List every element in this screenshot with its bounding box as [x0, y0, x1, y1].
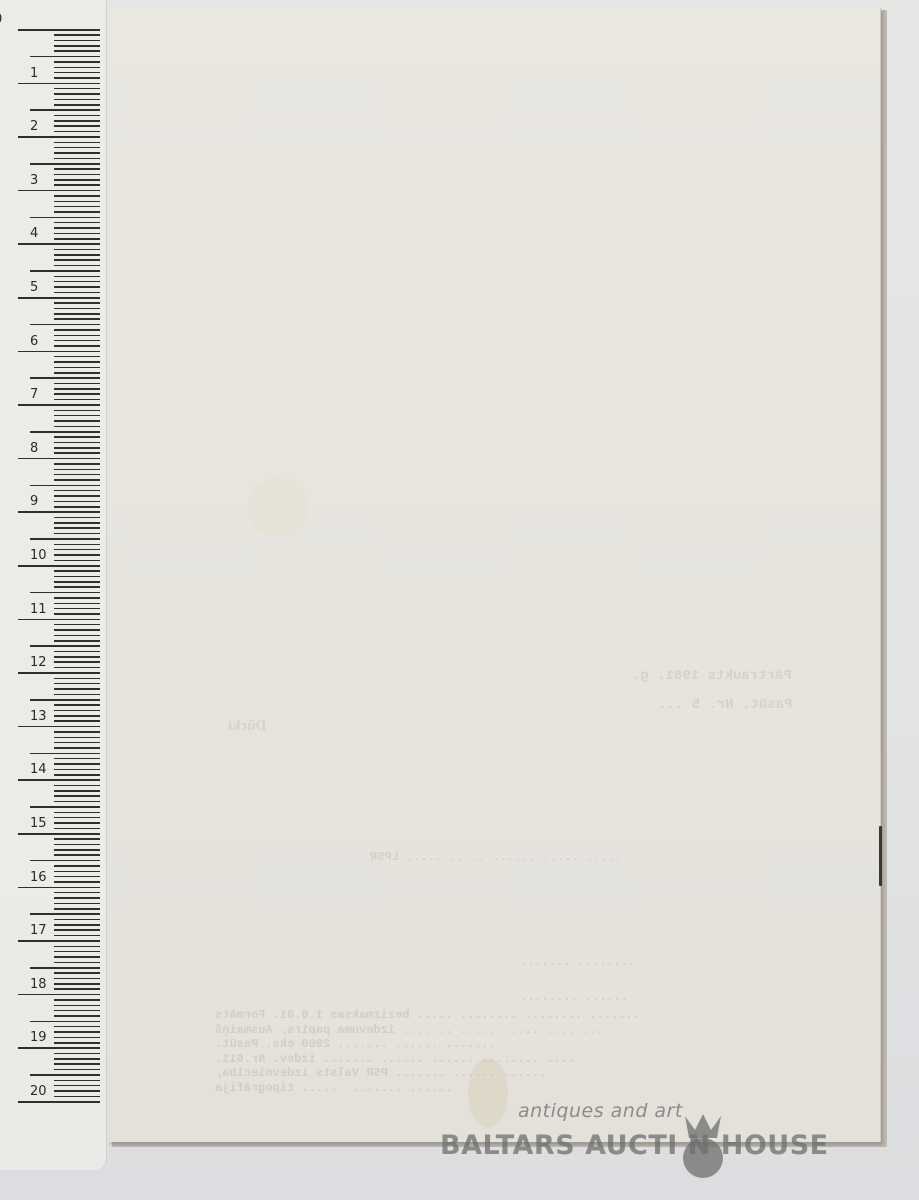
ruler-tick — [54, 356, 100, 358]
ruler-tick — [54, 608, 100, 610]
show-through-text-line: Pārtraukts 1981. g. — [632, 668, 792, 684]
ruler-tick — [54, 302, 100, 304]
ruler-tick — [54, 924, 100, 926]
ruler-tick — [54, 254, 100, 256]
ruler-tick — [54, 479, 100, 481]
ruler-tick — [54, 919, 100, 921]
ruler-tick — [54, 822, 100, 824]
ruler-tick — [54, 908, 100, 910]
ruler-tick — [54, 259, 100, 261]
auction-house-watermark: antiques and art BALTARS AUCTI N HOUSE — [440, 1100, 840, 1180]
ruler-tick — [30, 377, 100, 379]
ruler-tick — [54, 956, 100, 958]
ruler-cm-label: 17 — [30, 923, 47, 938]
ruler-tick — [54, 849, 100, 851]
ruler-tick — [54, 436, 100, 438]
ruler-tick — [54, 715, 100, 717]
ruler-tick — [54, 763, 100, 765]
ruler-tick — [30, 485, 100, 487]
ruler-tick — [54, 233, 100, 235]
ruler-tick — [54, 903, 100, 905]
ruler-tick — [18, 1101, 100, 1103]
ruler-tick — [54, 817, 100, 819]
ruler-tick — [54, 828, 100, 830]
ruler-tick — [54, 115, 100, 117]
ruler-tick — [54, 742, 100, 744]
ruler-cm-label: 6 — [30, 334, 38, 349]
ruler-tick — [30, 1021, 100, 1023]
ruler-tick — [54, 93, 100, 95]
ruler-tick — [54, 876, 100, 878]
ruler-tick — [54, 758, 100, 760]
ruler-tick — [18, 511, 100, 513]
ruler-tick — [54, 179, 100, 181]
ruler-cm-label: 0 — [0, 12, 2, 27]
imprint-line: .... ........ ...... ...... ....... izde… — [215, 1052, 695, 1067]
ruler-tick — [30, 860, 100, 862]
ruler-tick — [54, 533, 100, 535]
ruler-tick — [54, 410, 100, 412]
ruler-tick — [54, 656, 100, 658]
spine-dark-mark — [879, 826, 882, 886]
ruler-tick — [54, 399, 100, 401]
ruler-tick — [54, 195, 100, 197]
show-through-text-line: Dūcki — [228, 718, 266, 735]
ruler-tick — [54, 1031, 100, 1033]
ruler-tick — [54, 801, 100, 803]
ruler-tick — [54, 335, 100, 337]
ruler-tick — [54, 222, 100, 224]
ruler-tick — [54, 393, 100, 395]
ruler-tick — [54, 72, 100, 74]
ruler-cm-label: 8 — [30, 441, 38, 456]
ruler-tick — [54, 678, 100, 680]
ruler-tick — [18, 726, 100, 728]
ruler-tick — [54, 838, 100, 840]
ruler-tick — [54, 474, 100, 476]
ruler-tick — [54, 88, 100, 90]
ruler-cm-label: 20 — [30, 1084, 47, 1099]
ruler-tick — [54, 576, 100, 578]
ruler-tick — [54, 720, 100, 722]
ruler-tick — [54, 415, 100, 417]
ruler-tick — [54, 972, 100, 974]
ruler-tick — [18, 565, 100, 567]
ruler-tick — [54, 597, 100, 599]
ruler-tick — [18, 83, 100, 85]
ruler-tick — [54, 45, 100, 47]
ruler-cm-label: 14 — [30, 762, 47, 777]
show-through-text-line: ..... ..... ...... .. .. ..... LPSR — [370, 850, 622, 864]
ruler-tick — [18, 243, 100, 245]
ruler-tick — [54, 603, 100, 605]
ruler-tick — [30, 913, 100, 915]
ruler-cm-label: 5 — [30, 280, 38, 295]
ruler-tick — [18, 297, 100, 299]
ruler-tick — [18, 1047, 100, 1049]
ruler-tick — [54, 983, 100, 985]
ruler-cm-label: 15 — [30, 816, 47, 831]
ruler-tick — [54, 1005, 100, 1007]
ruler-tick — [54, 447, 100, 449]
ruler-tick-marks: 01234567891011121314151617181920 — [0, 0, 106, 1120]
crown-logo-icon — [683, 1112, 723, 1180]
ruler-tick — [54, 1037, 100, 1039]
ruler-tick — [54, 570, 100, 572]
ruler-tick — [18, 940, 100, 942]
ruler-tick — [30, 967, 100, 969]
ruler-tick — [54, 988, 100, 990]
ruler-tick — [54, 1085, 100, 1087]
ruler-cm-label: 12 — [30, 655, 47, 670]
ruler-tick — [54, 694, 100, 696]
ruler-cm-label: 16 — [30, 870, 47, 885]
ruler-tick — [54, 1010, 100, 1012]
paper-stain — [248, 478, 308, 538]
ruler-cm-label: 2 — [30, 119, 38, 134]
show-through-text-line: ...... ........ — [520, 990, 628, 1004]
show-through-text-line: Pasūt. Nr. 5 ... — [658, 697, 792, 713]
ruler-tick — [54, 276, 100, 278]
ruler-tick — [54, 527, 100, 529]
ruler-tick — [54, 629, 100, 631]
ruler-tick — [30, 753, 100, 755]
ruler-tick — [54, 1063, 100, 1065]
ruler-tick — [30, 163, 100, 165]
ruler-tick — [18, 404, 100, 406]
watermark-brand: BALTARS AUCTI N HOUSE — [440, 1130, 829, 1161]
ruler-cm-label: 1 — [30, 66, 38, 81]
ruler-tick — [54, 99, 100, 101]
ruler-tick — [30, 538, 100, 540]
ruler-tick — [54, 1042, 100, 1044]
ruler-tick — [54, 737, 100, 739]
ruler-tick — [54, 506, 100, 508]
ruler-tick — [54, 747, 100, 749]
ruler-tick — [54, 554, 100, 556]
ruler-tick — [54, 581, 100, 583]
ruler-tick — [54, 120, 100, 122]
ruler-tick — [54, 688, 100, 690]
ruler-tick — [54, 361, 100, 363]
ruler-cm-label: 10 — [30, 548, 47, 563]
imprint-line: ....... ...... ....... 2000 eks. Pasūt. — [215, 1037, 695, 1052]
ruler-tick — [54, 683, 100, 685]
ruler-tick — [54, 265, 100, 267]
ruler-tick — [18, 619, 100, 621]
ruler-tick — [54, 383, 100, 385]
ruler-tick — [54, 329, 100, 331]
ruler-cm-label: 18 — [30, 977, 47, 992]
imprint-line: ...... ....... ..... tipogrāfija — [215, 1081, 695, 1096]
ruler-tick — [54, 345, 100, 347]
ruler-tick — [30, 431, 100, 433]
ruler-tick — [54, 844, 100, 846]
ruler-tick — [54, 661, 100, 663]
ruler-tick — [54, 865, 100, 867]
ruler-tick — [30, 270, 100, 272]
ruler-tick — [30, 592, 100, 594]
ruler-tick — [54, 978, 100, 980]
imprint-line: ...... ...... ....... PSR Valsts izdevni… — [215, 1066, 695, 1081]
show-through-text-line: ........ ....... — [520, 955, 635, 969]
ruler-tick — [54, 935, 100, 937]
ruler-tick — [54, 281, 100, 283]
ruler-tick — [18, 779, 100, 781]
ruler-tick — [54, 1058, 100, 1060]
ruler-cm-label: 7 — [30, 387, 38, 402]
ruler-tick — [54, 495, 100, 497]
ruler-tick — [54, 1080, 100, 1082]
ruler-tick — [54, 50, 100, 52]
ruler-tick — [54, 420, 100, 422]
ruler-tick — [54, 372, 100, 374]
ruler-tick — [18, 136, 100, 138]
ruler-tick — [54, 1026, 100, 1028]
ruler-tick — [54, 774, 100, 776]
ruler-tick — [18, 887, 100, 889]
ruler-tick — [30, 324, 100, 326]
ruler-tick — [54, 34, 100, 36]
ruler-tick — [54, 667, 100, 669]
ruler-tick — [30, 109, 100, 111]
measuring-ruler: 01234567891011121314151617181920 — [0, 0, 107, 1170]
ruler-tick — [54, 168, 100, 170]
ruler-tick — [54, 640, 100, 642]
ruler-tick — [54, 452, 100, 454]
ruler-tick — [54, 769, 100, 771]
ruler-tick — [54, 367, 100, 369]
ruler-tick — [54, 871, 100, 873]
ruler-tick — [54, 517, 100, 519]
ruler-tick — [54, 147, 100, 149]
ruler-tick — [54, 340, 100, 342]
watermark-tagline: antiques and art — [518, 1100, 683, 1122]
ruler-tick — [54, 40, 100, 42]
ruler-tick — [54, 1069, 100, 1071]
ruler-tick — [54, 1096, 100, 1098]
imprint-line: ........ ..... ..... ....... izdevuma pa… — [215, 1023, 695, 1038]
ruler-cm-label: 19 — [30, 1030, 47, 1045]
ruler-tick — [54, 1090, 100, 1092]
ruler-tick — [54, 586, 100, 588]
show-through-imprint-block: ....... ........ ........ ..... bezizmak… — [215, 1008, 695, 1095]
ruler-tick — [54, 227, 100, 229]
ruler-tick — [54, 854, 100, 856]
ruler-tick — [54, 67, 100, 69]
ruler-tick — [18, 29, 100, 31]
ruler-tick — [54, 184, 100, 186]
ruler-tick — [54, 463, 100, 465]
ruler-tick — [30, 217, 100, 219]
ruler-tick — [18, 458, 100, 460]
ruler-cm-label: 11 — [30, 602, 47, 617]
ruler-tick — [54, 292, 100, 294]
ruler-cm-label: 4 — [30, 226, 38, 241]
ruler-tick — [54, 560, 100, 562]
ruler-tick — [54, 125, 100, 127]
ruler-tick — [54, 104, 100, 106]
ruler-tick — [54, 313, 100, 315]
ruler-tick — [30, 699, 100, 701]
ruler-tick — [54, 812, 100, 814]
ruler-tick — [54, 962, 100, 964]
ruler-tick — [30, 56, 100, 58]
ruler-tick — [54, 710, 100, 712]
ruler-cm-label: 9 — [30, 494, 38, 509]
ruler-tick — [54, 318, 100, 320]
ruler-tick — [54, 624, 100, 626]
ruler-tick — [54, 286, 100, 288]
ruler-tick — [54, 501, 100, 503]
ruler-tick — [54, 211, 100, 213]
ruler-tick — [54, 929, 100, 931]
ruler-tick — [54, 158, 100, 160]
ruler-tick — [54, 131, 100, 133]
ruler-tick — [18, 190, 100, 192]
ruler-tick — [54, 249, 100, 251]
ruler-tick — [54, 731, 100, 733]
ruler-tick — [54, 999, 100, 1001]
ruler-tick — [54, 77, 100, 79]
ruler-tick — [54, 238, 100, 240]
ruler-tick — [54, 426, 100, 428]
ruler-tick — [54, 946, 100, 948]
ruler-tick — [30, 645, 100, 647]
ruler-tick — [18, 672, 100, 674]
ruler-tick — [54, 174, 100, 176]
ruler-tick — [54, 549, 100, 551]
ruler-tick — [18, 994, 100, 996]
ruler-tick — [54, 522, 100, 524]
ruler-tick — [18, 833, 100, 835]
ruler-tick — [54, 388, 100, 390]
ruler-tick — [54, 704, 100, 706]
ruler-tick — [54, 651, 100, 653]
ruler-tick — [54, 544, 100, 546]
ruler-tick — [30, 806, 100, 808]
ruler-tick — [54, 1053, 100, 1055]
ruler-tick — [54, 152, 100, 154]
ruler-tick — [54, 897, 100, 899]
ruler-tick — [18, 351, 100, 353]
imprint-line: ....... ........ ........ ..... bezizmak… — [215, 1008, 695, 1023]
ruler-tick — [54, 613, 100, 615]
ruler-tick — [54, 308, 100, 310]
ruler-tick — [54, 790, 100, 792]
ruler-tick — [54, 206, 100, 208]
ruler-tick — [54, 951, 100, 953]
ruler-tick — [54, 442, 100, 444]
ruler-tick — [30, 1074, 100, 1076]
ruler-tick — [54, 892, 100, 894]
ruler-tick — [54, 61, 100, 63]
ruler-tick — [54, 201, 100, 203]
ruler-tick — [54, 795, 100, 797]
ruler-tick — [54, 490, 100, 492]
ruler-tick — [54, 881, 100, 883]
ruler-cm-label: 13 — [30, 709, 47, 724]
ruler-cm-label: 3 — [30, 173, 38, 188]
ruler-tick — [54, 469, 100, 471]
ruler-tick — [54, 785, 100, 787]
ruler-tick — [54, 635, 100, 637]
ruler-tick — [54, 1015, 100, 1017]
booklet-back-cover — [108, 8, 881, 1142]
ruler-tick — [54, 142, 100, 144]
